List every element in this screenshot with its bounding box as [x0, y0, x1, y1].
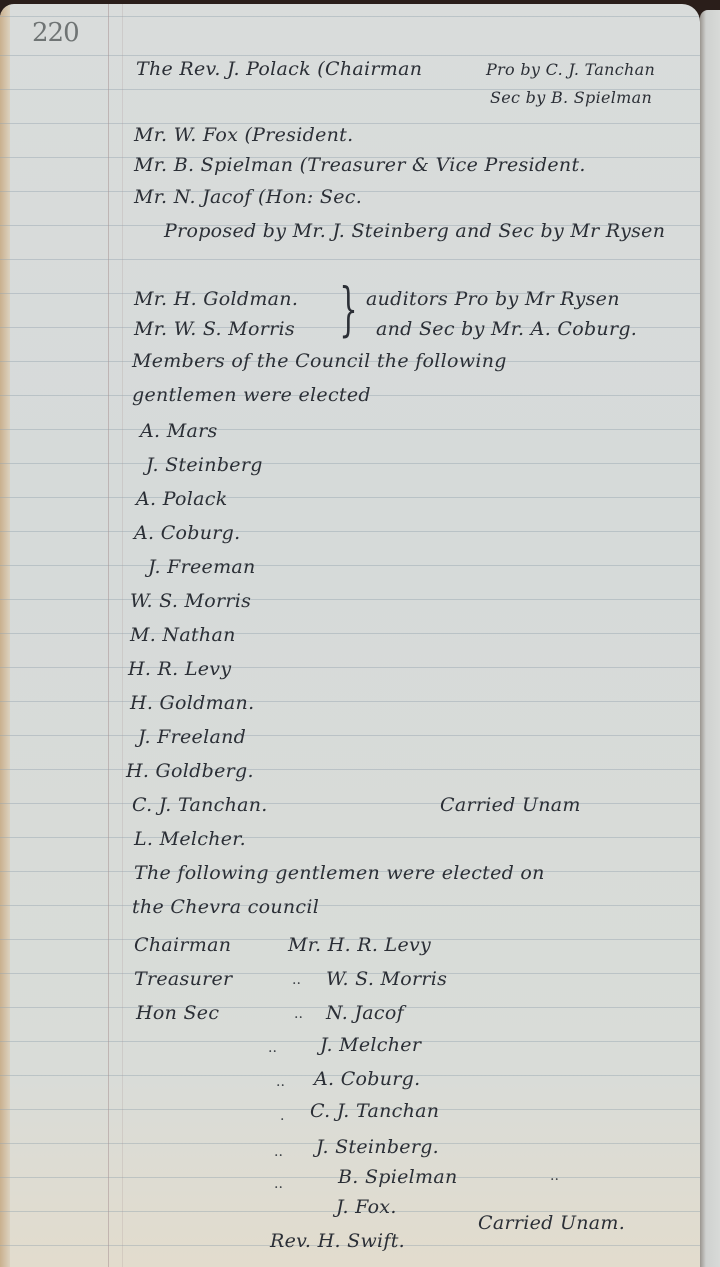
council-member: J. Steinberg [146, 454, 263, 476]
chevra-role: Chairman [134, 934, 231, 956]
ditto-mark: .. [274, 1176, 283, 1192]
officer-president: Mr. W. Fox (President. [134, 124, 353, 146]
page-number: 220 [32, 18, 79, 48]
council-member: H. Goldberg. [126, 760, 254, 782]
ditto-mark: .. [294, 1006, 303, 1022]
adjacent-page-edge [700, 10, 720, 1267]
auditor-2: Mr. W. S. Morris [134, 318, 295, 340]
chevra-intro-2: the Chevra council [132, 896, 319, 918]
proposal-line-1: Pro by C. J. Tanchan [486, 60, 655, 79]
chevra-member: J. Fox. [336, 1196, 397, 1218]
chevra-member: B. Spielman [338, 1166, 458, 1188]
chevra-officer-name: Mr. H. R. Levy [288, 934, 431, 956]
officer-treasurer: Mr. B. Spielman (Treasurer & Vice Presid… [134, 154, 586, 176]
chevra-carried-note: Carried Unam. [478, 1212, 625, 1234]
council-member: A. Coburg. [134, 522, 240, 544]
council-member: L. Melcher. [134, 828, 246, 850]
auditor-1: Mr. H. Goldman. [134, 288, 298, 310]
chevra-role: Hon Sec [136, 1002, 219, 1024]
chevra-officer-name: N. Jacof [326, 1002, 404, 1024]
council-member: A. Mars [140, 420, 218, 442]
margin-line-inner [122, 4, 123, 1267]
ditto-mark: .. [268, 1040, 277, 1056]
chevra-member: J. Steinberg. [316, 1136, 439, 1158]
ditto-mark: .. [276, 1074, 285, 1090]
council-intro-2: gentlemen were elected [132, 384, 371, 406]
council-member: H. R. Levy [128, 658, 231, 680]
chevra-member: J. Melcher [320, 1034, 421, 1056]
chevra-role: Treasurer [134, 968, 232, 990]
chevra-member: C. J. Tanchan [310, 1100, 439, 1122]
margin-line [108, 4, 109, 1267]
ditto-mark: . [280, 1108, 284, 1124]
council-member: M. Nathan [130, 624, 236, 646]
council-member: J. Freeman [148, 556, 256, 578]
chevra-intro-1: The following gentlemen were elected on [134, 862, 545, 884]
officers-proposal: Proposed by Mr. J. Steinberg and Sec by … [164, 220, 665, 242]
ditto-mark: .. [292, 972, 301, 988]
ditto-mark: .. [274, 1144, 283, 1160]
chevra-member: A. Coburg. [314, 1068, 420, 1090]
chairman-line: The Rev. J. Polack (Chairman [136, 58, 422, 80]
ditto-mark-trailing: .. [550, 1168, 559, 1184]
auditors-note-2: and Sec by Mr. A. Coburg. [376, 318, 637, 340]
council-carried-note: Carried Unam [440, 794, 581, 816]
council-member: A. Polack [136, 488, 228, 510]
chevra-member: Rev. H. Swift. [270, 1230, 405, 1252]
officer-secretary: Mr. N. Jacof (Hon: Sec. [134, 186, 362, 208]
council-member: C. J. Tanchan. [132, 794, 268, 816]
auditors-brace: } [339, 280, 357, 338]
council-member: J. Freeland [138, 726, 246, 748]
council-member: W. S. Morris [130, 590, 251, 612]
ledger-page: 220 The Rev. J. Polack (Chairman Pro by … [0, 4, 700, 1267]
council-intro-1: Members of the Council the following [132, 350, 507, 372]
council-member: H. Goldman. [130, 692, 254, 714]
auditors-note-1: auditors Pro by Mr Rysen [366, 288, 620, 310]
chevra-officer-name: W. S. Morris [326, 968, 447, 990]
proposal-line-2: Sec by B. Spielman [490, 88, 652, 107]
